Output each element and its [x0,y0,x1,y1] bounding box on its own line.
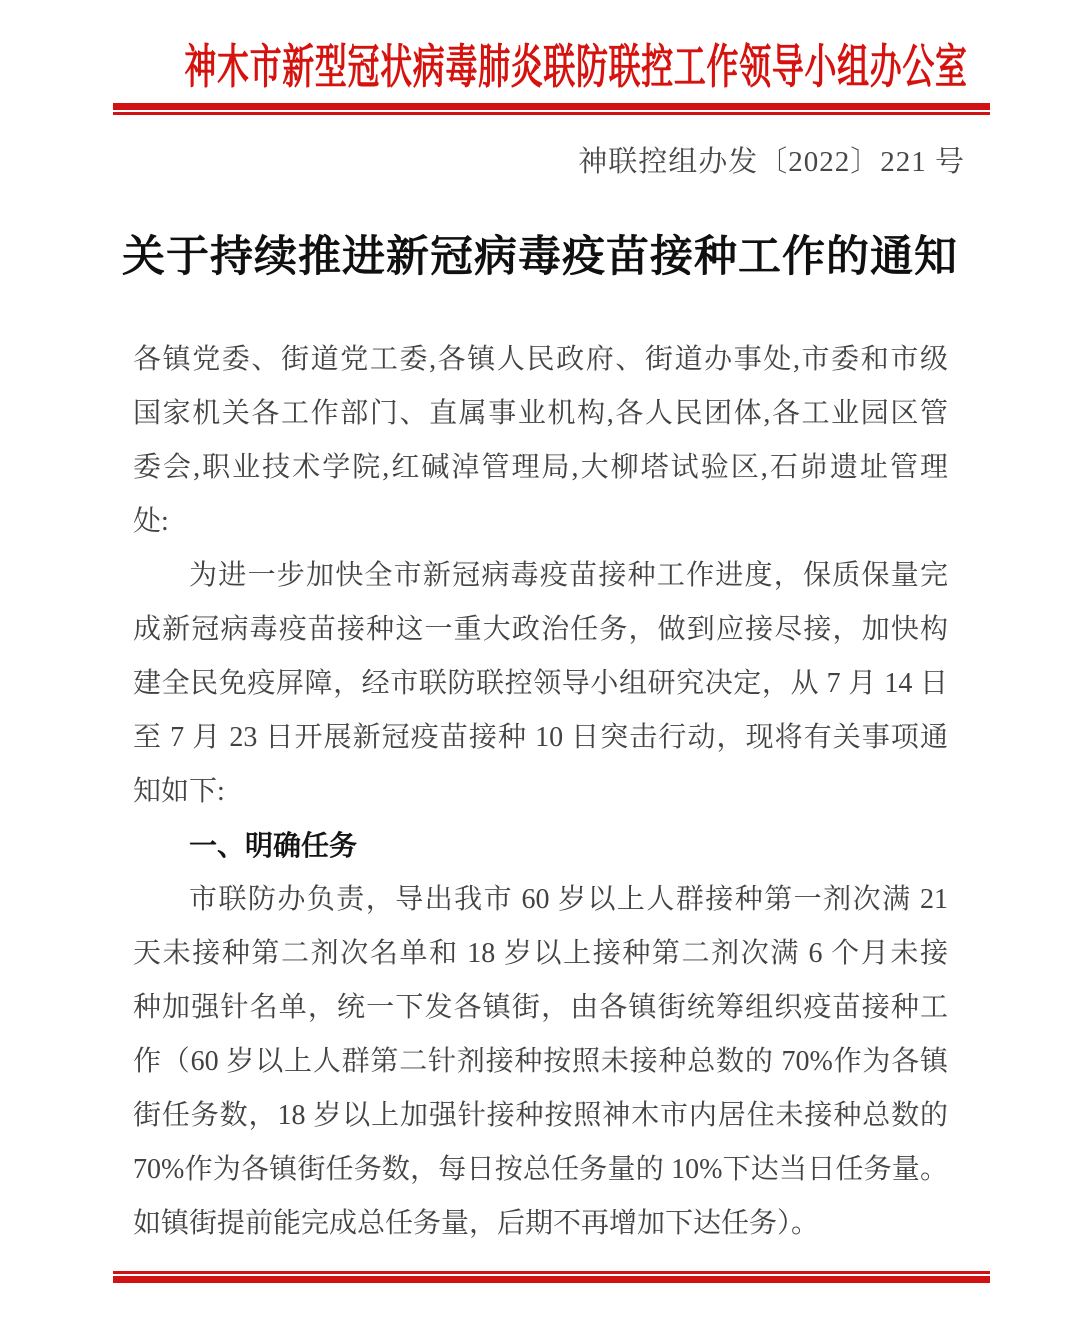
body-line: 市联防办负责，导出我市 60 岁以上人群接种第一剂次满 21 [133,873,948,927]
header-rule-thick-line [113,103,990,110]
body-line: 各镇党委、街道党工委,各镇人民政府、街道办事处,市委和市级 [133,333,948,387]
header-double-rule [113,103,990,115]
section-heading: 一、明确任务 [133,819,948,873]
body-line: 天未接种第二剂次名单和 18 岁以上接种第二剂次满 6 个月未接 [133,927,948,981]
body-line: 种加强针名单，统一下发各镇街，由各镇街统筹组织疫苗接种工 [133,981,948,1035]
body-line: 为进一步加快全市新冠病毒疫苗接种工作进度，保质保量完 [133,549,948,603]
body-line: 处: [133,495,948,549]
document-body: 各镇党委、街道党工委,各镇人民政府、街道办事处,市委和市级国家机关各工作部门、直… [133,333,948,1251]
body-line: 作（60 岁以上人群第二针剂接种按照未接种总数的 70%作为各镇 [133,1035,948,1089]
document-number: 神联控组办发〔2022〕221 号 [0,141,965,183]
body-line: 如镇街提前能完成总任务量，后期不再增加下达任务）。 [133,1197,948,1251]
document-page: 神木市新型冠状病毒肺炎联防联控工作领导小组办公室 神联控组办发〔2022〕221… [0,0,1080,1329]
body-line: 成新冠病毒疫苗接种这一重大政治任务，做到应接尽接，加快构 [133,603,948,657]
letterhead-org-name: 神木市新型冠状病毒肺炎联防联控工作领导小组办公室 [184,38,967,98]
footer-double-rule [113,1271,990,1283]
letterhead: 神木市新型冠状病毒肺炎联防联控工作领导小组办公室 [0,38,1080,98]
header-rule-thin-line [113,112,990,115]
body-line: 至 7 月 23 日开展新冠疫苗接种 10 日突击行动，现将有关事项通 [133,711,948,765]
body-line: 街任务数，18 岁以上加强针接种按照神木市内居住未接种总数的 [133,1089,948,1143]
body-line: 委会,职业技术学院,红碱淖管理局,大柳塔试验区,石峁遗址管理 [133,441,948,495]
body-line: 国家机关各工作部门、直属事业机构,各人民团体,各工业园区管 [133,387,948,441]
footer-rule-thick-line [113,1276,990,1283]
body-line: 建全民免疫屏障，经市联防联控领导小组研究决定，从 7 月 14 日 [133,657,948,711]
body-line: 知如下: [133,765,948,819]
body-line: 70%作为各镇街任务数，每日按总任务量的 10%下达当日任务量。 [133,1143,948,1197]
document-title: 关于持续推进新冠病毒疫苗接种工作的通知 [0,227,1080,289]
